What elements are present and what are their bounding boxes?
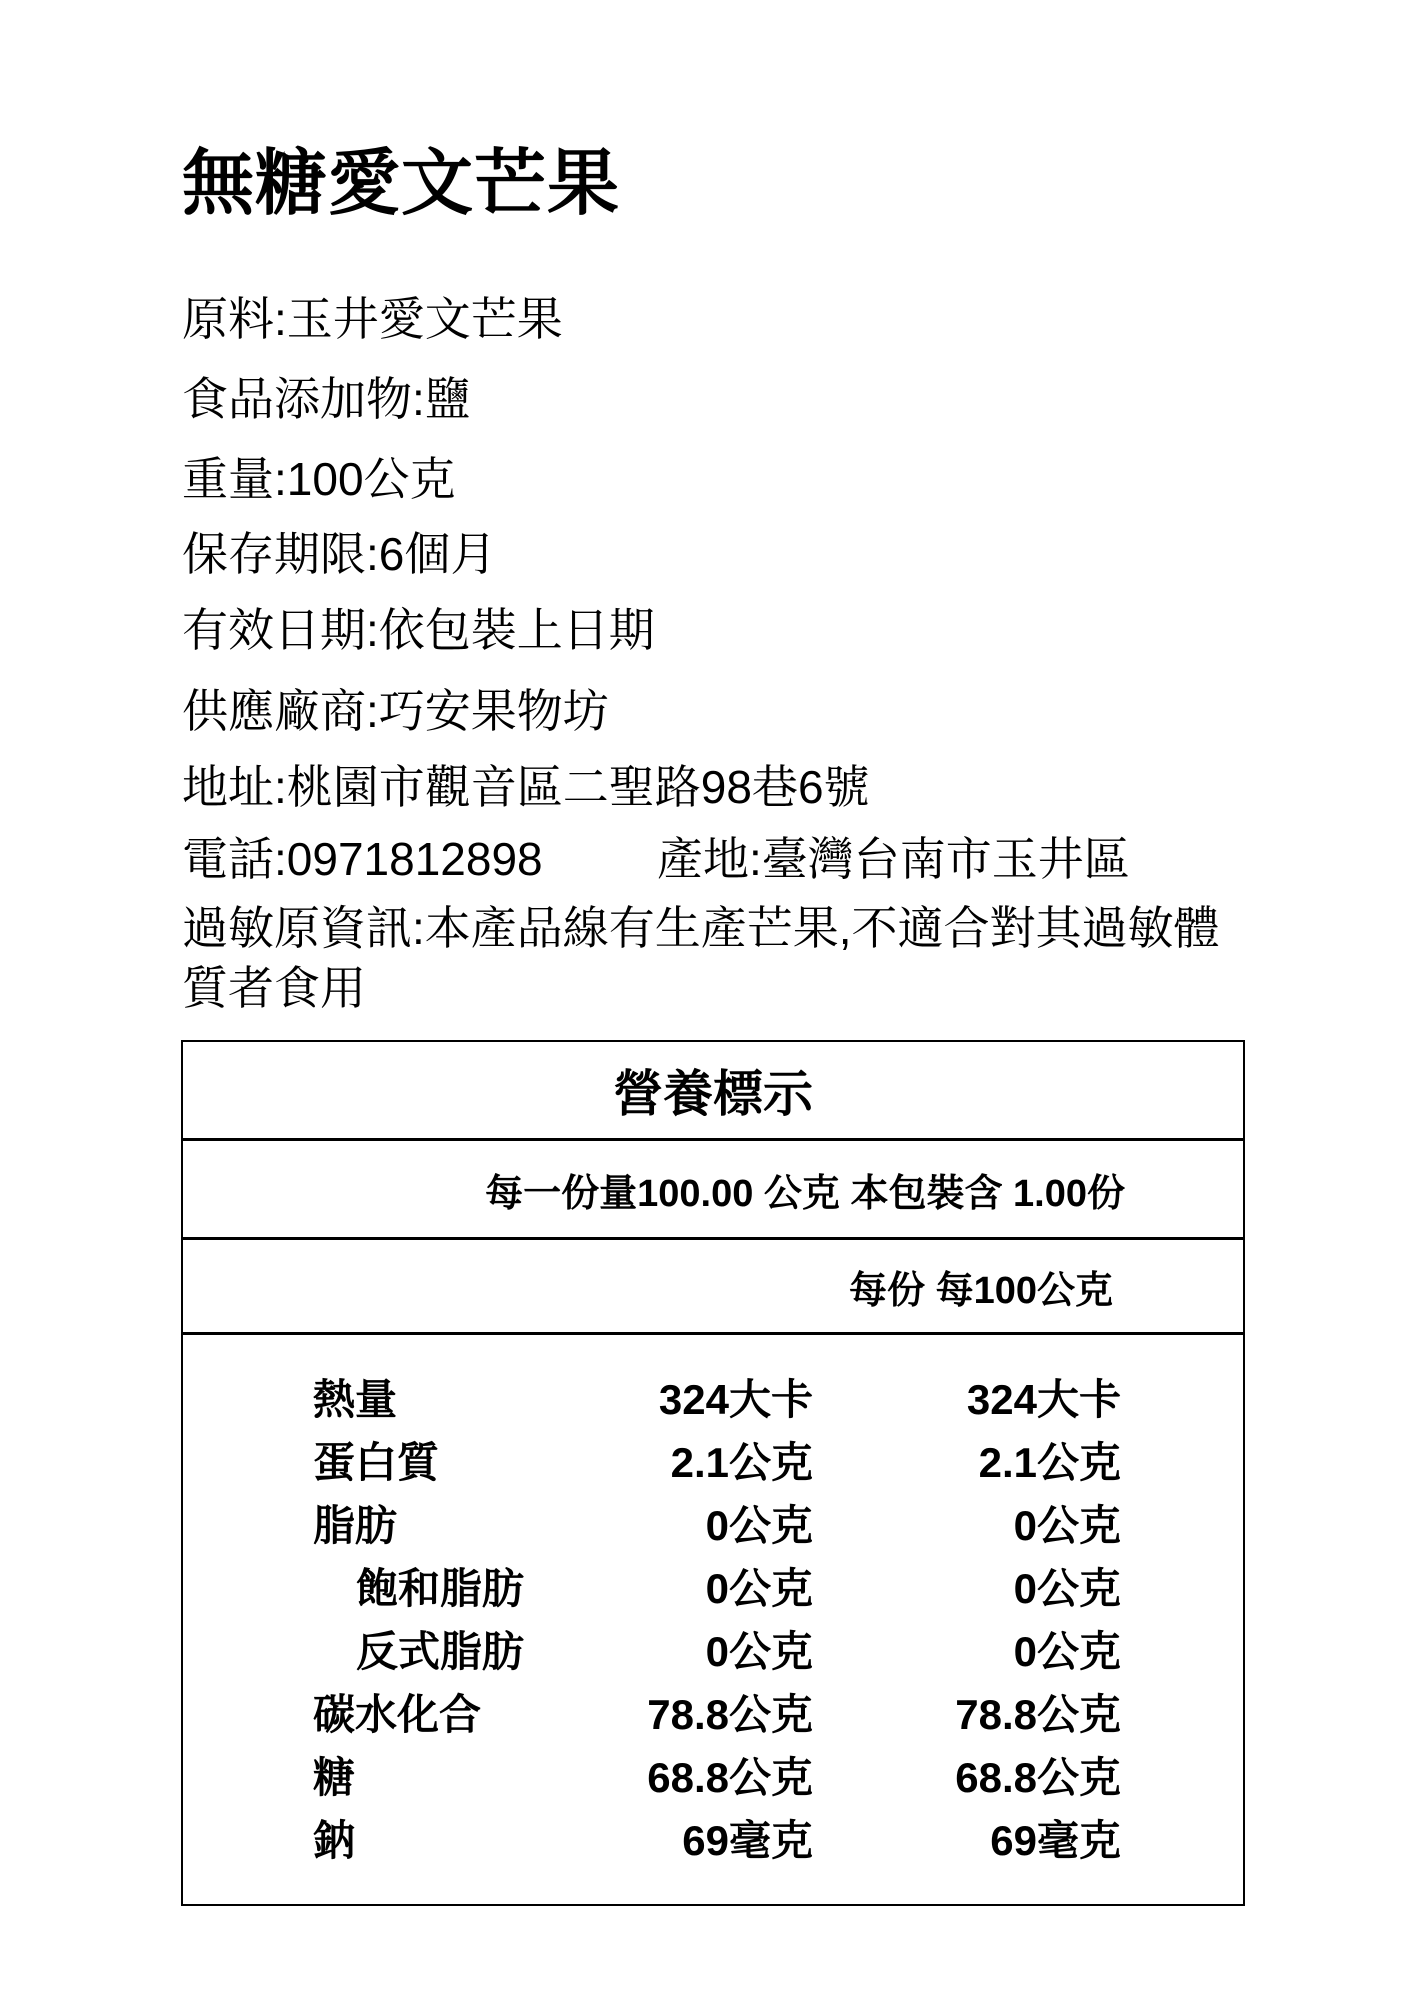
per-serving-value: 69毫克 xyxy=(543,1808,813,1868)
origin-place: 產地:臺灣台南市玉井區 xyxy=(657,833,1130,885)
per-100g-value: 2.1公克 xyxy=(813,1430,1121,1490)
per-serving-value: 0公克 xyxy=(543,1619,813,1679)
column-header: 每份 每100公克 xyxy=(183,1240,1243,1335)
nutrition-row: 碳水化合 78.8公克 78.8公克 xyxy=(183,1680,1243,1743)
nutrition-row: 飽和脂肪 0公克 0公克 xyxy=(183,1554,1243,1617)
nutrition-table: 營養標示 每一份量100.00 公克 本包裝含 1.00份 每份 每100公克 … xyxy=(181,1040,1245,1906)
ingredients-line: 原料:玉井愛文芒果 xyxy=(182,296,563,342)
nutrient-name: 蛋白質 xyxy=(183,1430,543,1490)
per-serving-value: 2.1公克 xyxy=(543,1430,813,1490)
allergen-info: 過敏原資訊:本產品線有生產芒果,不適合對其過敏體質者食用 xyxy=(182,898,1244,1018)
nutrition-row: 反式脂肪 0公克 0公克 xyxy=(183,1617,1243,1680)
shelf-life-line: 保存期限:6個月 xyxy=(182,531,496,577)
per-100g-value: 68.8公克 xyxy=(813,1745,1121,1805)
per-serving-value: 78.8公克 xyxy=(543,1682,813,1742)
phone-origin-line: 電話:0971812898產地:臺灣台南市玉井區 xyxy=(182,836,1130,882)
phone-number: 電話:0971812898 xyxy=(182,836,657,882)
nutrition-row: 糖 68.8公克 68.8公克 xyxy=(183,1743,1243,1806)
nutrient-name: 脂肪 xyxy=(183,1493,543,1553)
product-label-page: 無糖愛文芒果 原料:玉井愛文芒果 食品添加物:鹽 重量:100公克 保存期限:6… xyxy=(0,0,1414,2000)
per-serving-value: 324大卡 xyxy=(543,1367,813,1427)
nutrition-row: 熱量 324大卡 324大卡 xyxy=(183,1365,1243,1428)
per-100g-value: 0公克 xyxy=(813,1619,1121,1679)
nutrition-table-title: 營養標示 xyxy=(183,1042,1243,1141)
per-100g-value: 69毫克 xyxy=(813,1808,1121,1868)
per-100g-value: 0公克 xyxy=(813,1493,1121,1553)
address-line: 地址:桃園市觀音區二聖路98巷6號 xyxy=(182,764,870,810)
per-100g-value: 78.8公克 xyxy=(813,1682,1121,1742)
nutrient-name: 熱量 xyxy=(183,1367,543,1427)
weight-line: 重量:100公克 xyxy=(182,456,456,502)
per-100g-value: 0公克 xyxy=(813,1556,1121,1616)
supplier-line: 供應廠商:巧安果物坊 xyxy=(182,688,609,734)
nutrition-rows: 熱量 324大卡 324大卡 蛋白質 2.1公克 2.1公克 脂肪 0公克 0公… xyxy=(183,1335,1243,1869)
expiry-date-line: 有效日期:依包裝上日期 xyxy=(182,607,655,653)
nutrition-row: 脂肪 0公克 0公克 xyxy=(183,1491,1243,1554)
nutrient-name: 糖 xyxy=(183,1745,543,1805)
per-serving-value: 0公克 xyxy=(543,1493,813,1553)
serving-info: 每一份量100.00 公克 本包裝含 1.00份 xyxy=(183,1141,1243,1240)
nutrient-name: 鈉 xyxy=(183,1808,543,1868)
nutrient-name: 飽和脂肪 xyxy=(183,1556,543,1616)
per-serving-value: 0公克 xyxy=(543,1556,813,1616)
nutrient-name: 碳水化合 xyxy=(183,1682,543,1742)
additives-line: 食品添加物:鹽 xyxy=(182,376,471,422)
product-title: 無糖愛文芒果 xyxy=(182,148,620,220)
per-100g-value: 324大卡 xyxy=(813,1367,1121,1427)
nutrient-name: 反式脂肪 xyxy=(183,1619,543,1679)
nutrition-row: 鈉 69毫克 69毫克 xyxy=(183,1806,1243,1869)
nutrition-row: 蛋白質 2.1公克 2.1公克 xyxy=(183,1428,1243,1491)
per-serving-value: 68.8公克 xyxy=(543,1745,813,1805)
